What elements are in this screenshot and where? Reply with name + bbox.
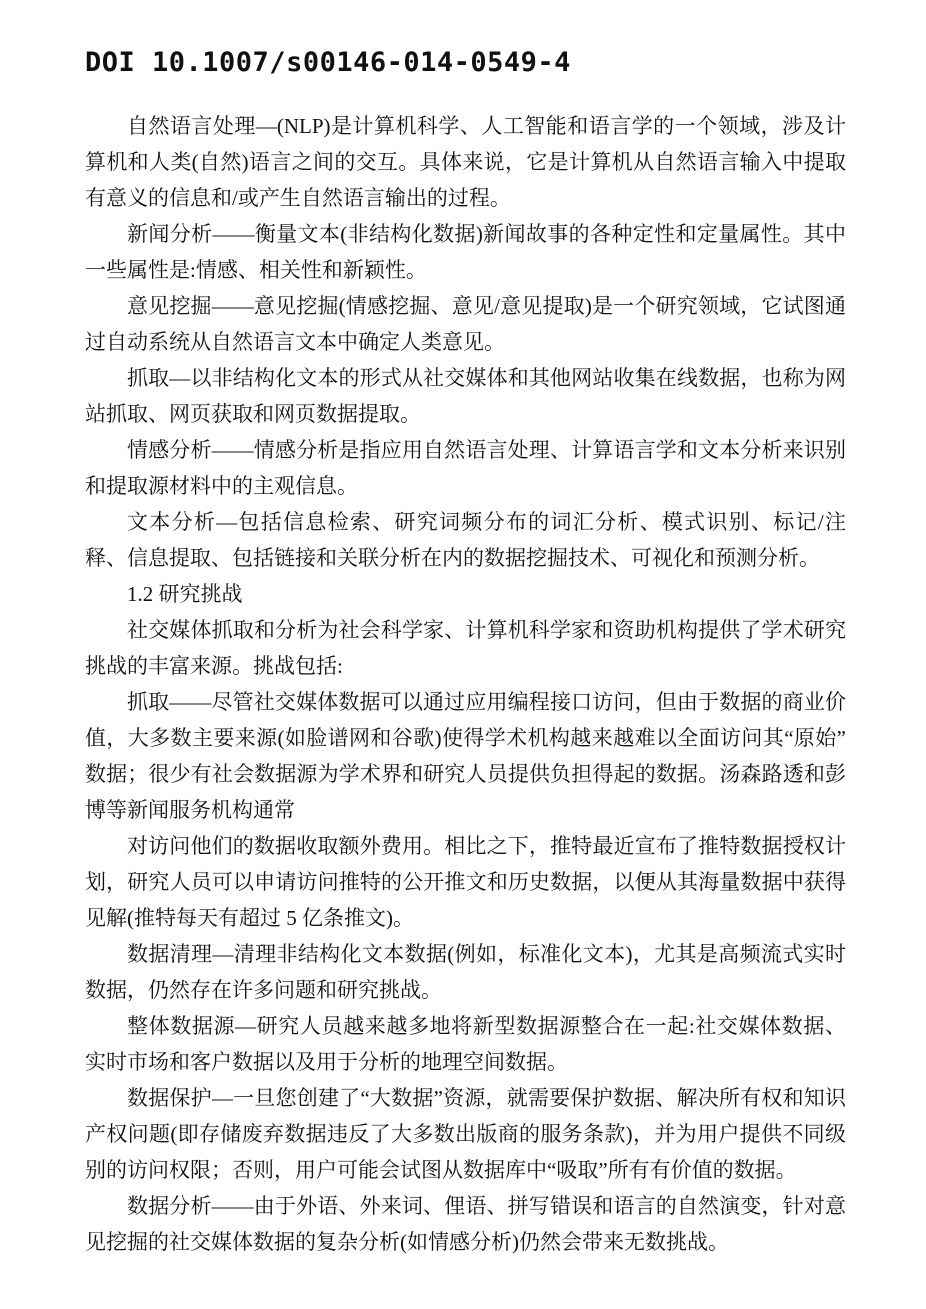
paragraph-news-analytics: 新闻分析——衡量文本(非结构化数据)新闻故事的各种定性和定量属性。其中一些属性是…: [85, 216, 846, 288]
paragraph-data-cleansing: 数据清理—清理非结构化文本数据(例如，标准化文本)，尤其是高频流式实时数据，仍然…: [85, 936, 846, 1008]
document-page: DOI 10.1007/s00146-014-0549-4 自然语言处理—(NL…: [0, 0, 926, 1309]
paragraph-scraping: 抓取—以非结构化文本的形式从社交媒体和其他网站收集在线数据，也称为网站抓取、网页…: [85, 360, 846, 432]
paragraph-opinion-mining: 意见挖掘——意见挖掘(情感挖掘、意见/意见提取)是一个研究领域，它试图通过自动系…: [85, 288, 846, 360]
document-body: 自然语言处理—(NLP)是计算机科学、人工智能和语言学的一个领域，涉及计算机和人…: [85, 108, 846, 1260]
paragraph-text-analytics: 文本分析—包括信息检索、研究词频分布的词汇分析、模式识别、标记/注释、信息提取、…: [85, 504, 846, 576]
paragraph-data-protection: 数据保护—一旦您创建了“大数据”资源，就需要保护数据、解决所有权和知识产权问题(…: [85, 1080, 846, 1188]
paragraph-nlp: 自然语言处理—(NLP)是计算机科学、人工智能和语言学的一个领域，涉及计算机和人…: [85, 108, 846, 216]
doi-line: DOI 10.1007/s00146-014-0549-4: [85, 46, 846, 80]
paragraph-scraping-challenge: 抓取——尽管社交媒体数据可以通过应用编程接口访问，但由于数据的商业价值，大多数主…: [85, 684, 846, 828]
paragraph-holistic-data-sources: 整体数据源—研究人员越来越多地将新型数据源整合在一起:社交媒体数据、实时市场和客…: [85, 1008, 846, 1080]
section-heading-research-challenges: 1.2 研究挑战: [85, 576, 846, 612]
paragraph-data-access-fees: 对访问他们的数据收取额外费用。相比之下，推特最近宣布了推特数据授权计划，研究人员…: [85, 828, 846, 936]
paragraph-data-analytics: 数据分析——由于外语、外来词、俚语、拼写错误和语言的自然演变，针对意见挖掘的社交…: [85, 1188, 846, 1260]
paragraph-challenges-intro: 社交媒体抓取和分析为社会科学家、计算机科学家和资助机构提供了学术研究挑战的丰富来…: [85, 612, 846, 684]
paragraph-sentiment-analysis: 情感分析——情感分析是指应用自然语言处理、计算语言学和文本分析来识别和提取源材料…: [85, 432, 846, 504]
